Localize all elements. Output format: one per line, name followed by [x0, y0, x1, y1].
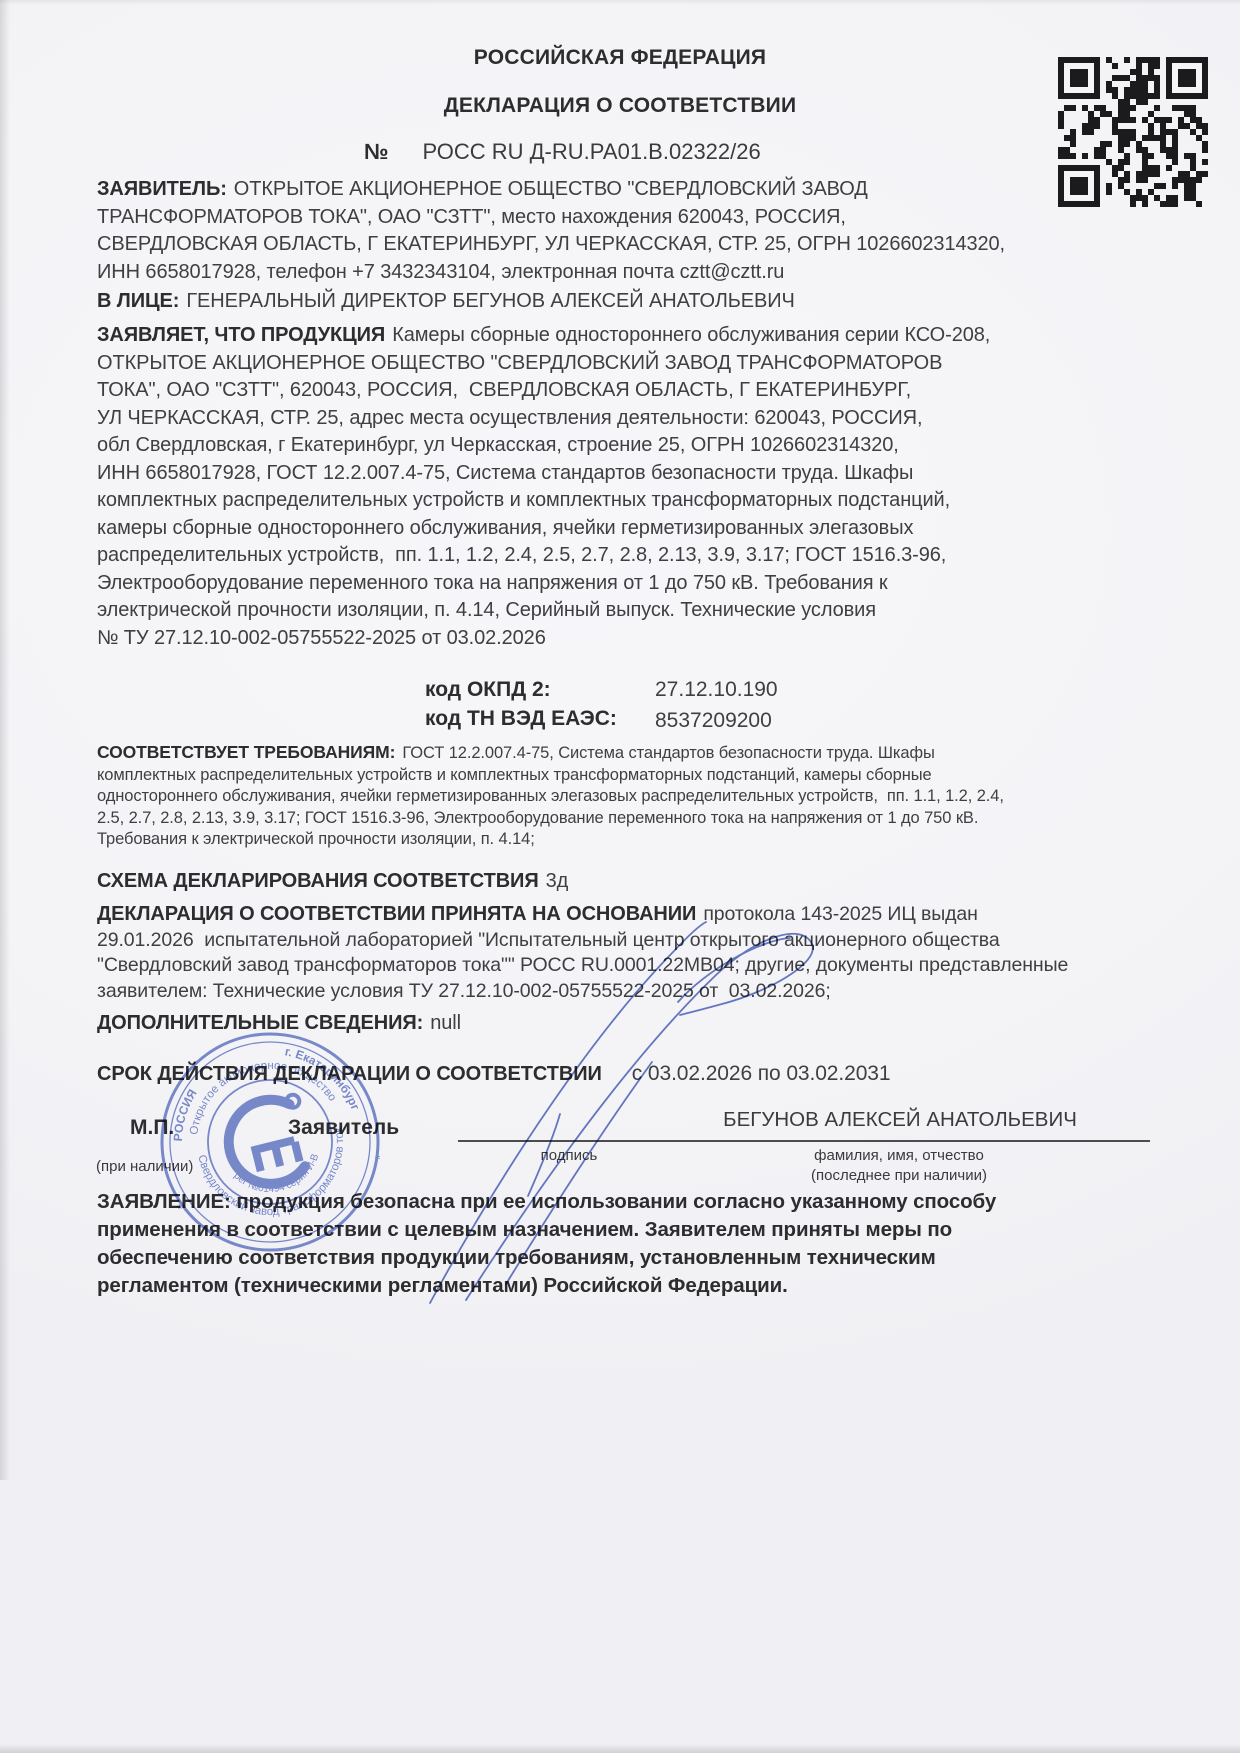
- handwritten-signature: [0, 0, 1240, 1753]
- declaration-document: РОССИЙСКАЯ ФЕДЕРАЦИЯ ДЕКЛАРАЦИЯ О СООТВЕ…: [0, 0, 1240, 1753]
